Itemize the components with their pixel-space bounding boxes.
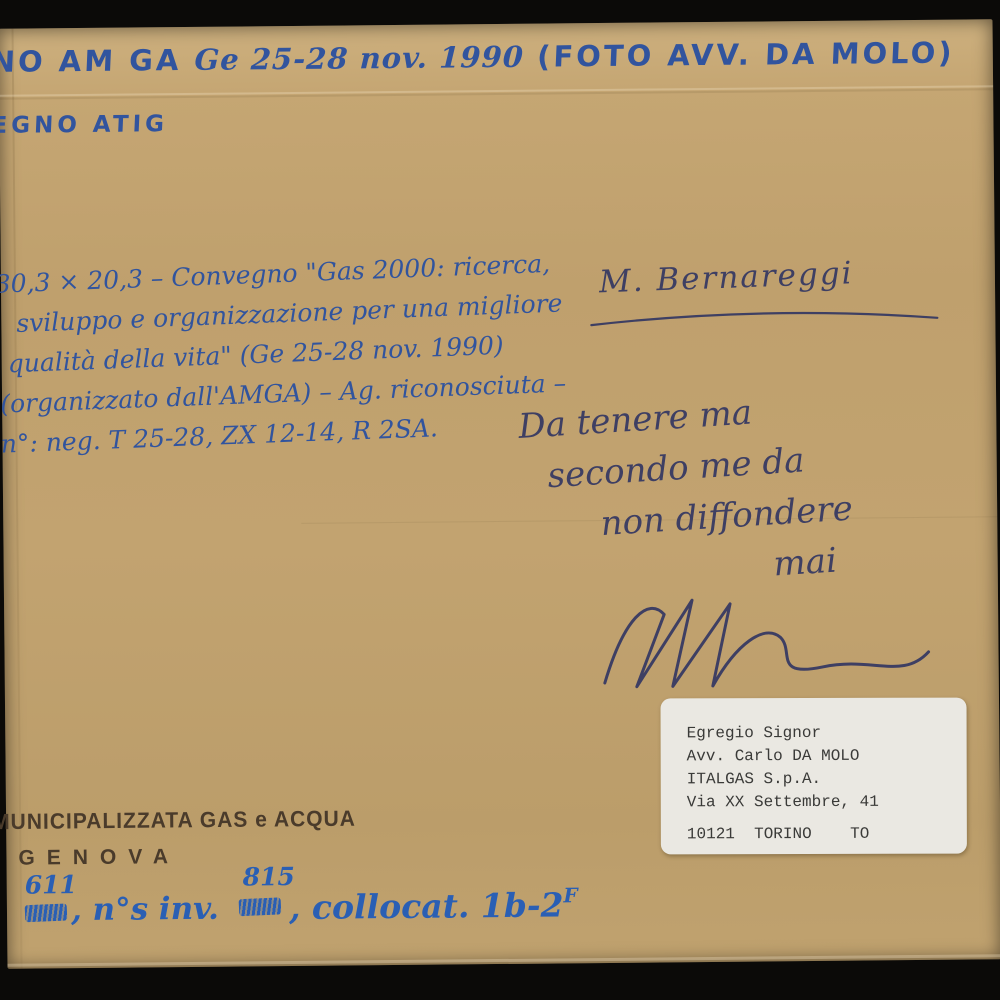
attribution-signature: M. Bernareggi [598, 255, 854, 300]
paper-crease [0, 88, 993, 100]
address-line: Egregio Signor [687, 722, 967, 746]
handwritten-note: Da tenere ma secondo me da non diffonder… [505, 387, 774, 607]
top-title-line: NO AM GA Ge 25-28 nov. 1990 (FOTO AVV. D… [0, 36, 955, 79]
scribble-strikeout [25, 903, 68, 922]
address-line: Via XX Settembre, 41 [687, 791, 967, 815]
company-stamp-line1: MUNICIPALIZZATA GAS e ACQUA [0, 807, 356, 836]
envelope-photo: NO AM GA Ge 25-28 nov. 1990 (FOTO AVV. D… [0, 0, 1000, 1000]
inventory-collocation: , collocat. 1b-2F [289, 883, 578, 927]
kraft-envelope: NO AM GA Ge 25-28 nov. 1990 (FOTO AVV. D… [0, 19, 1000, 968]
monogram-signature [596, 580, 937, 708]
address-city-line: 10121 TORINO TO [687, 823, 967, 847]
attribution-underline [589, 308, 939, 333]
company-stamp-city: GENOVA [18, 845, 180, 871]
event-date: Ge 25-28 nov. 1990 [194, 40, 525, 77]
inventory-corrected-number: 815 [243, 862, 295, 891]
collocation-superscript: F [563, 883, 577, 907]
second-title-line: EGNO ATIG [0, 111, 169, 139]
address-label: Egregio Signor Avv. Carlo DA MOLO ITALGA… [661, 698, 967, 855]
archival-description: 30,3 × 20,3 – Convegno "Gas 2000: ricerc… [0, 244, 567, 465]
collocation-text: , collocat. 1b-2 [289, 885, 564, 927]
scribble-strikeout [239, 897, 282, 916]
inventory-label: , n°s inv. [71, 891, 219, 928]
address-line: ITALGAS S.p.A. [687, 768, 967, 792]
inventory-corrected-number: 611 [25, 870, 77, 899]
paper-fold-highlight [7, 954, 1000, 967]
photo-credit-caps: (FOTO AVV. DA MOLO) [536, 36, 955, 74]
address-line: Avv. Carlo DA MOLO [687, 745, 967, 769]
paper-crease [0, 85, 993, 97]
event-name-caps: NO AM GA [0, 43, 182, 79]
